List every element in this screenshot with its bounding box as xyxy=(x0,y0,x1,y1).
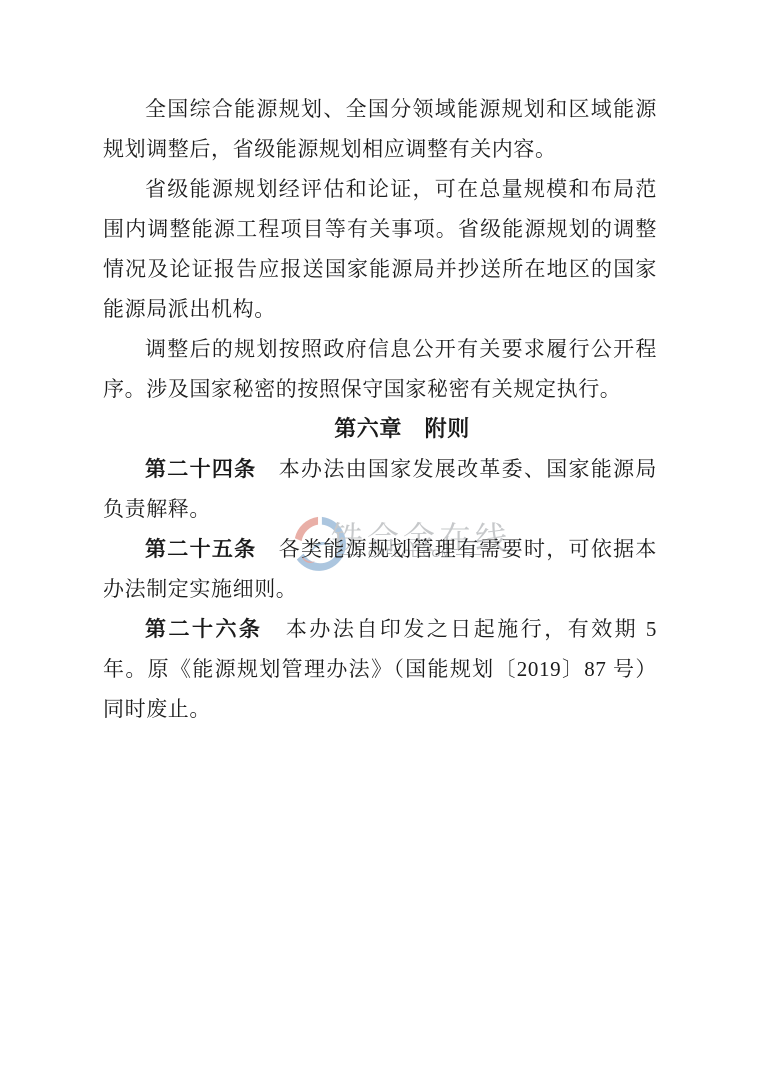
article-number: 第二十五条 xyxy=(145,537,279,561)
paragraph-text: 全国综合能源规划、全国分领域能源规划和区域能源规划调整后，省级能源规划相应调整有… xyxy=(103,97,657,161)
article-25: 第二十五条 各类能源规划管理有需要时，可依据本办法制定实施细则。 xyxy=(103,529,657,609)
article-24: 第二十四条 本办法由国家发展改革委、国家能源局负责解释。 xyxy=(103,449,657,529)
paragraph-public-disclosure: 调整后的规划按照政府信息公开有关要求履行公开程序。涉及国家秘密的按照保守国家秘密… xyxy=(103,329,657,409)
paragraph-text: 省级能源规划经评估和论证，可在总量规模和布局范围内调整能源工程项目等有关事项。省… xyxy=(103,177,657,321)
paragraph-text: 调整后的规划按照政府信息公开有关要求履行公开程序。涉及国家秘密的按照保守国家秘密… xyxy=(103,337,657,401)
article-number: 第二十四条 xyxy=(145,457,279,481)
article-number: 第二十六条 xyxy=(145,617,286,641)
document-page: 铁合金在线 CNFEOL.COM 全国综合能源规划、全国分领域能源规划和区域能源… xyxy=(0,0,760,1074)
document-content: 全国综合能源规划、全国分领域能源规划和区域能源规划调整后，省级能源规划相应调整有… xyxy=(103,89,657,729)
article-26: 第二十六条 本办法自印发之日起施行，有效期 5 年。原《能源规划管理办法》（国能… xyxy=(103,609,657,729)
chapter-heading: 第六章 附则 xyxy=(103,409,657,449)
paragraph-provincial-evaluation: 省级能源规划经评估和论证，可在总量规模和布局范围内调整能源工程项目等有关事项。省… xyxy=(103,169,657,329)
paragraph-adjustment-national: 全国综合能源规划、全国分领域能源规划和区域能源规划调整后，省级能源规划相应调整有… xyxy=(103,89,657,169)
